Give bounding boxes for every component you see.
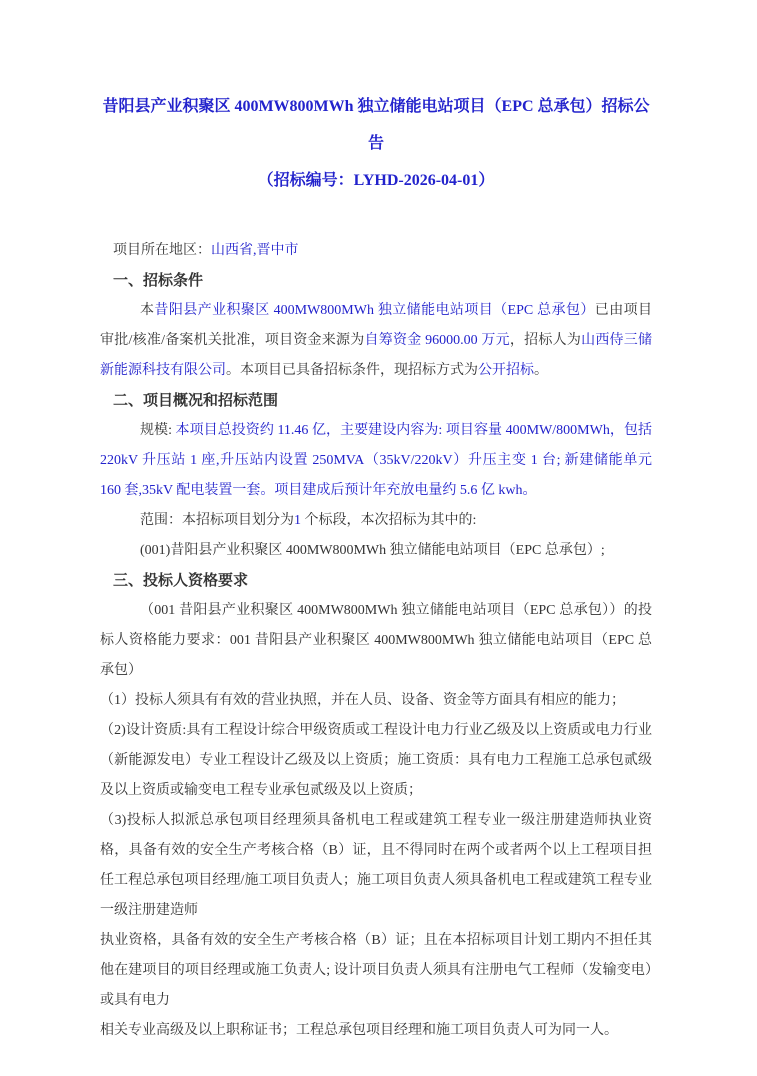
document-page: 昔阳县产业积聚区 400MW800MWh 独立储能电站项目（EPC 总承包）招标…: [0, 0, 757, 1076]
project-location-label: 项目所在地区：: [113, 243, 211, 258]
qualification-item-3-continued: 执业资格，具备有效的安全生产考核合格（B）证；且在本招标项目计划工期内不担任其他…: [100, 926, 652, 1016]
section-heading-3: 三、投标人资格要求: [113, 566, 652, 596]
section-heading-2: 二、项目概况和招标范围: [113, 386, 652, 416]
text-segment: 范围：本招标项目划分为: [140, 513, 294, 528]
tender-scope-line: 范围：本招标项目划分为1 个标段，本次招标为其中的:: [100, 506, 652, 536]
qualification-item-1: （1）投标人须具有有效的营业执照，并在人员、设备、资金等方面具有相应的能力；: [100, 686, 652, 716]
scale-description: 本项目总投资约 11.46 亿，主要建设内容为: 项目容量 400MW/800M…: [100, 423, 652, 498]
funding-amount: 自筹资金 96000.00 万元: [365, 333, 510, 348]
text-segment: 。本项目已具备招标条件，现招标方式为: [226, 363, 478, 378]
section-heading-1: 一、招标条件: [113, 266, 652, 296]
section1-paragraph: 本昔阳县产业积聚区 400MW800MWh 独立储能电站项目（EPC 总承包）已…: [100, 296, 652, 386]
qualification-item-2: （2)设计资质:具有工程设计综合甲级资质或工程设计电力行业乙级及以上资质或电力行…: [100, 716, 652, 806]
project-location-line: 项目所在地区：山西省,晋中市: [113, 236, 652, 266]
project-name-link: 昔阳县产业积聚区 400MW800MWh 独立储能电站项目（EPC 总承包）: [154, 303, 594, 318]
qualification-item-3: （3)投标人拟派总承包项目经理须具备机电工程或建筑工程专业一级注册建造师执业资格…: [100, 806, 652, 926]
document-title-line2: （招标编号：LYHD-2026-04-01）: [100, 162, 652, 199]
qualification-intro-paragraph: （001 昔阳县产业积聚区 400MW800MWh 独立储能电站项目（EPC 总…: [100, 596, 652, 686]
text-segment: 个标段，本次招标为其中的:: [301, 513, 476, 528]
text-segment: 本: [140, 303, 154, 318]
project-scale-paragraph: 规模: 本项目总投资约 11.46 亿，主要建设内容为: 项目容量 400MW/…: [100, 416, 652, 506]
scale-label: 规模:: [140, 423, 176, 438]
qualification-closing-line: 相关专业高级及以上职称证书；工程总承包项目经理和施工项目负责人可为同一人。: [100, 1016, 652, 1046]
lot-count: 1: [294, 513, 301, 528]
text-segment: 。: [534, 363, 548, 378]
document-title-line1: 昔阳县产业积聚区 400MW800MWh 独立储能电站项目（EPC 总承包）招标…: [100, 88, 652, 162]
document-title: 昔阳县产业积聚区 400MW800MWh 独立储能电站项目（EPC 总承包）招标…: [100, 88, 652, 199]
text-segment: ，招标人为: [510, 333, 581, 348]
project-location-value: 山西省,晋中市: [211, 243, 299, 258]
lot-001-line: (001)昔阳县产业积聚区 400MW800MWh 独立储能电站项目（EPC 总…: [100, 536, 652, 566]
tender-method: 公开招标: [478, 363, 534, 378]
